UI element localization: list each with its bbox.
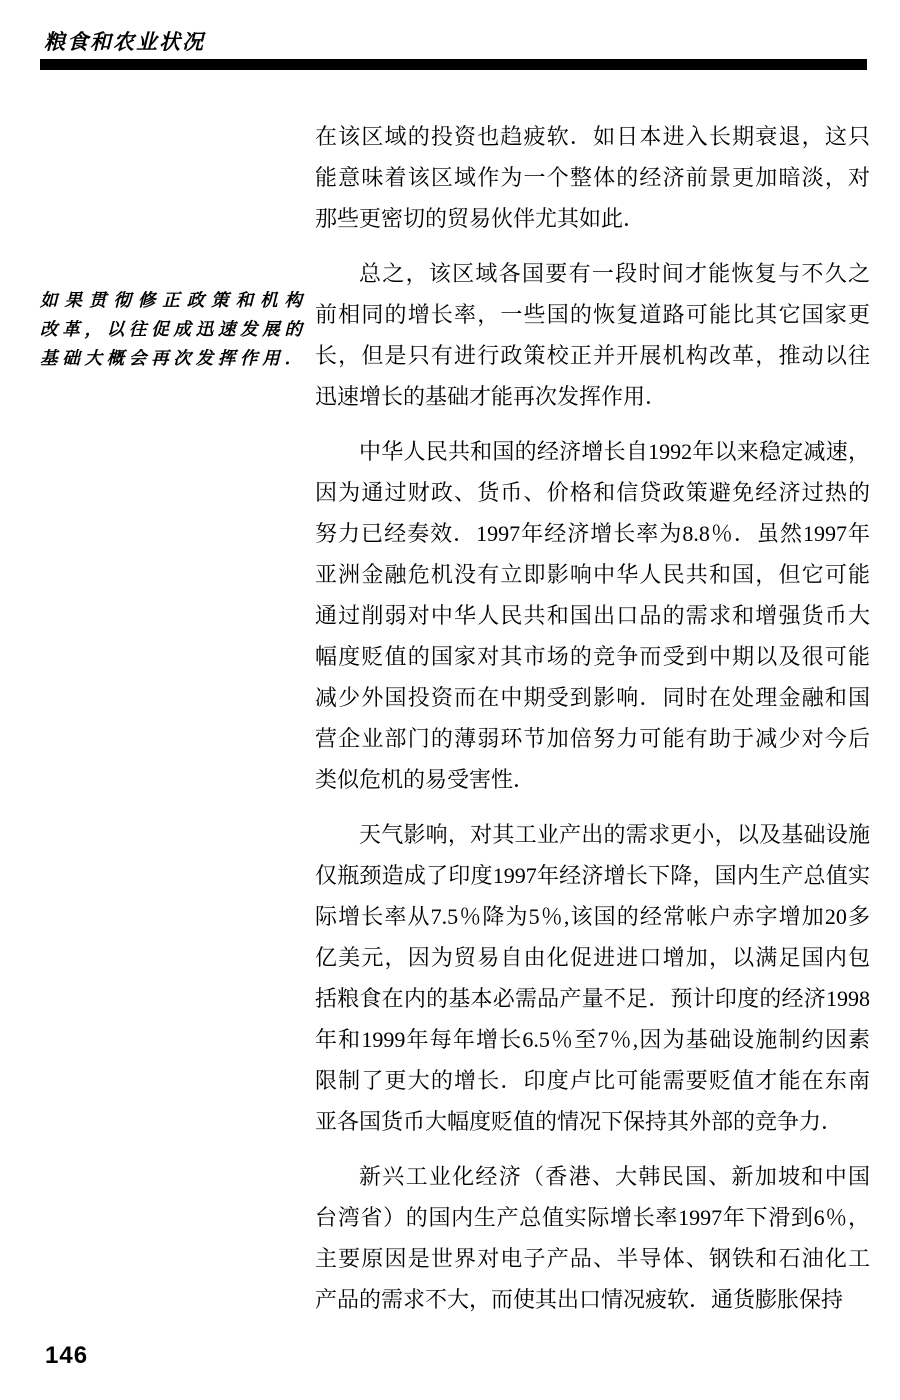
text-line: 能意味着该区域作为一个整体的经济前景更加暗淡，对 bbox=[315, 157, 870, 198]
text-line: 努力已经奏效．1997年经济增长率为8.8％．虽然1997年 bbox=[315, 513, 870, 554]
text-line: 那些更密切的贸易伙伴尤其如此． bbox=[315, 198, 870, 239]
text-line: 营企业部门的薄弱环节加倍努力可能有助于减少对今后 bbox=[315, 718, 870, 759]
text-line: 减少外国投资而在中期受到影响．同时在处理金融和国 bbox=[315, 677, 870, 718]
text-line: 天气影响，对其工业产出的需求更小，以及基础设施 bbox=[315, 814, 870, 855]
text-line: 幅度贬值的国家对其市场的竞争而受到中期以及很可能 bbox=[315, 636, 870, 677]
document-page: 粮食和农业状况 如果贯彻修正政策和机构改革，以往促成迅速发展的基础大概会再次发挥… bbox=[0, 0, 900, 1400]
text-line: 类似危机的易受害性． bbox=[315, 759, 870, 800]
text-line: 限制了更大的增长．印度卢比可能需要贬值才能在东南 bbox=[315, 1060, 870, 1101]
header-rule bbox=[40, 59, 867, 70]
text-line: 通过削弱对中华人民共和国出口品的需求和增强货币大 bbox=[315, 595, 870, 636]
text-line: 括粮食在内的基本必需品产量不足．预计印度的经济1998 bbox=[315, 978, 870, 1019]
text-line: 年和1999年每年增长6.5％至7％,因为基础设施制约因素 bbox=[315, 1019, 870, 1060]
paragraph: 总之，该区域各国要有一段时间才能恢复与不久之前相同的增长率，一些国的恢复道路可能… bbox=[315, 253, 870, 417]
text-line: 在该区域的投资也趋疲软．如日本进入长期衰退，这只 bbox=[315, 116, 870, 157]
text-line: 际增长率从7.5％降为5％,该国的经常帐户赤字增加20多 bbox=[315, 896, 870, 937]
margin-note-line: 改革，以往促成迅速发展的 bbox=[40, 315, 302, 344]
body-text: 在该区域的投资也趋疲软．如日本进入长期衰退，这只能意味着该区域作为一个整体的经济… bbox=[315, 116, 870, 1334]
paragraph: 新兴工业化经济（香港、大韩民国、新加坡和中国台湾省）的国内生产总值实际增长率19… bbox=[315, 1156, 870, 1320]
text-line: 总之，该区域各国要有一段时间才能恢复与不久之 bbox=[315, 253, 870, 294]
text-line: 仅瓶颈造成了印度1997年经济增长下降，国内生产总值实 bbox=[315, 855, 870, 896]
running-header-title: 粮食和农业状况 bbox=[44, 26, 205, 56]
text-line: 新兴工业化经济（香港、大韩民国、新加坡和中国 bbox=[315, 1156, 870, 1197]
text-line: 迅速增长的基础才能再次发挥作用． bbox=[315, 376, 870, 417]
text-line: 因为通过财政、货币、价格和信贷政策避免经济过热的 bbox=[315, 472, 870, 513]
margin-note-line: 如果贯彻修正政策和机构 bbox=[40, 286, 302, 315]
text-line: 亚各国货币大幅度贬值的情况下保持其外部的竞争力． bbox=[315, 1101, 870, 1142]
paragraph: 中华人民共和国的经济增长自1992年以来稳定减速，因为通过财政、货币、价格和信贷… bbox=[315, 431, 870, 800]
text-line: 长，但是只有进行政策校正并开展机构改革，推动以往 bbox=[315, 335, 870, 376]
text-line: 亿美元，因为贸易自由化促进进口增加，以满足国内包 bbox=[315, 937, 870, 978]
paragraph: 天气影响，对其工业产出的需求更小，以及基础设施仅瓶颈造成了印度1997年经济增长… bbox=[315, 814, 870, 1142]
text-line: 台湾省）的国内生产总值实际增长率1997年下滑到6％， bbox=[315, 1197, 870, 1238]
page-number: 146 bbox=[45, 1342, 88, 1370]
text-line: 中华人民共和国的经济增长自1992年以来稳定减速， bbox=[315, 431, 870, 472]
margin-note-line: 基础大概会再次发挥作用． bbox=[40, 344, 302, 373]
text-line: 亚洲金融危机没有立即影响中华人民共和国，但它可能 bbox=[315, 554, 870, 595]
text-line: 前相同的增长率，一些国的恢复道路可能比其它国家更 bbox=[315, 294, 870, 335]
paragraph: 在该区域的投资也趋疲软．如日本进入长期衰退，这只能意味着该区域作为一个整体的经济… bbox=[315, 116, 870, 239]
margin-note: 如果贯彻修正政策和机构改革，以往促成迅速发展的基础大概会再次发挥作用． bbox=[40, 286, 302, 373]
text-line: 产品的需求不大，而使其出口情况疲软．通货膨胀保持 bbox=[315, 1279, 870, 1320]
text-line: 主要原因是世界对电子产品、半导体、钢铁和石油化工 bbox=[315, 1238, 870, 1279]
